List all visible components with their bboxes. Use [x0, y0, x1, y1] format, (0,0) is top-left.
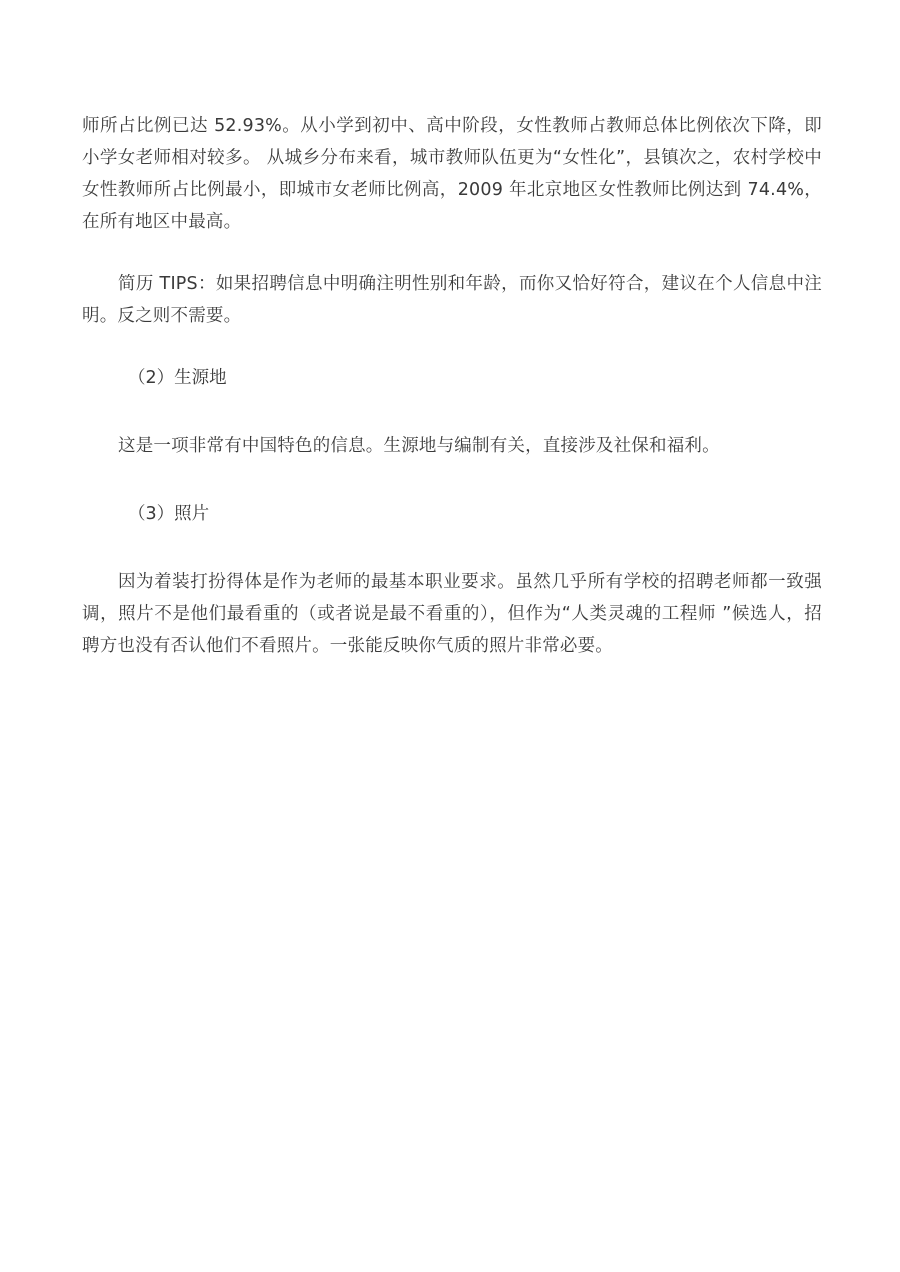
section-heading-photo: （3）照片: [82, 498, 822, 530]
paragraph-origin: 这是一项非常有中国特色的信息。生源地与编制有关，直接涉及社保和福利。: [82, 430, 822, 462]
paragraph-photo: 因为着装打扮得体是作为老师的最基本职业要求。虽然几乎所有学校的招聘老师都一致强调…: [82, 566, 822, 662]
paragraph-resume-tips: 简历 TIPS：如果招聘信息中明确注明性别和年龄，而你又恰好符合，建议在个人信息…: [82, 268, 822, 332]
document-page: 师所占比例已达 52.93%。从小学到初中、高中阶段，女性教师占教师总体比例依次…: [82, 110, 822, 662]
paragraph-female-teacher-ratio: 师所占比例已达 52.93%。从小学到初中、高中阶段，女性教师占教师总体比例依次…: [82, 110, 822, 238]
section-heading-origin: （2）生源地: [82, 362, 822, 394]
